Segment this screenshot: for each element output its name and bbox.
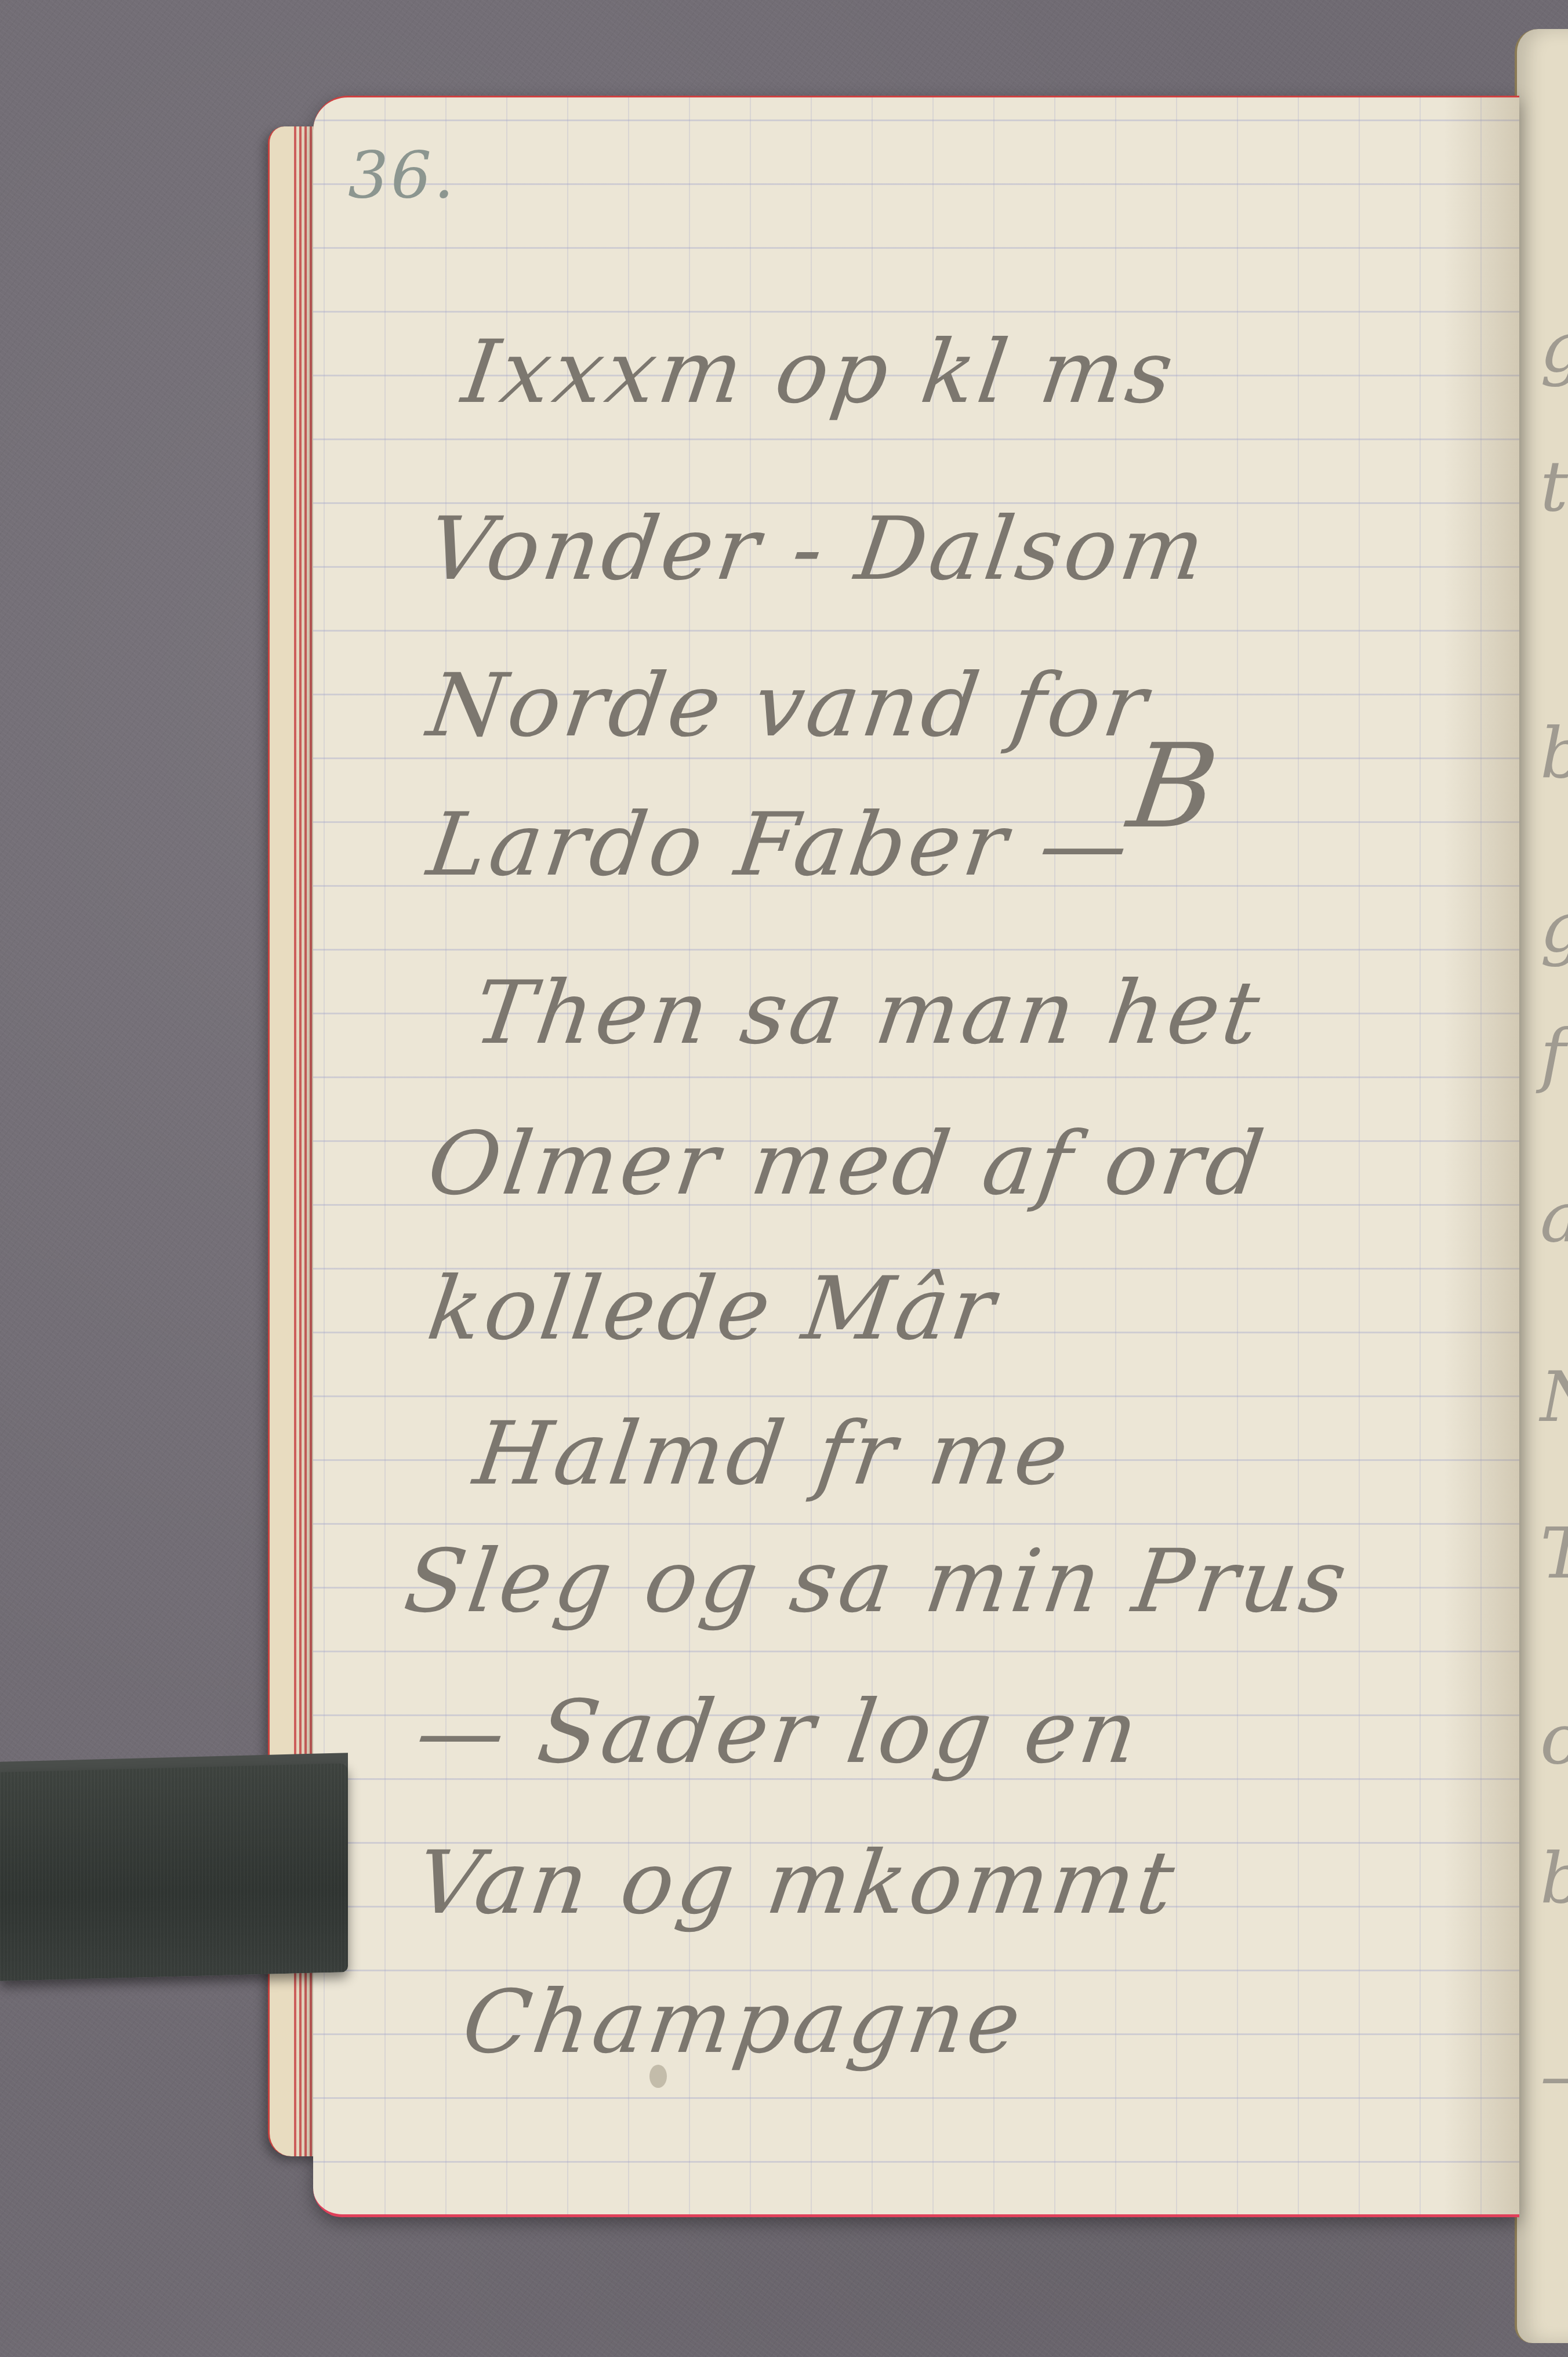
- gutter-shadow: [1444, 97, 1519, 2214]
- facing-page-text-fragment: fr: [1540, 1015, 1568, 1096]
- facing-page-text-fragment: of: [1540, 1699, 1568, 1780]
- manuscript-line-6: Olmer med af ord: [422, 1114, 1273, 1214]
- facing-page-text-fragment: —: [1540, 2036, 1568, 2116]
- facing-page-text-fragment: bm: [1540, 1839, 1568, 1919]
- manuscript-line-11: Van og mkommt: [411, 1833, 1184, 1934]
- manuscript-line-4: Lardo Faber —: [422, 795, 1138, 895]
- facing-page-text-fragment: te: [1540, 447, 1568, 527]
- manuscript-line-5: Then sa man het: [469, 963, 1269, 1064]
- manuscript-line-8: Halmd fr me: [469, 1404, 1078, 1504]
- black-page-weight: [0, 1763, 348, 1981]
- facing-page-text-fragment: af: [1540, 1177, 1568, 1258]
- manuscript-line-7: kollede Mâr: [422, 1259, 1004, 1359]
- facing-page-text-fragment: Th: [1540, 1514, 1568, 1594]
- manuscript-line-3: Norde vand for: [422, 655, 1156, 756]
- manuscript-line-1: Ixxxm op kl ms: [457, 322, 1182, 423]
- margin-mark: B: [1121, 719, 1229, 854]
- ink-smudge: [649, 2065, 667, 2088]
- facing-page-text-fragment: Ne: [1540, 1357, 1568, 1438]
- page-number: 36.: [348, 138, 456, 212]
- manuscript-line-2: Vonder - Dalsom: [422, 499, 1214, 600]
- facing-page-text-fragment: b: [1540, 713, 1568, 794]
- manuscript-line-9: Sleg og sa min Prus: [399, 1531, 1356, 1632]
- facing-page-text-fragment: g: [1540, 887, 1568, 968]
- facing-page-edge: g te b g fr af Ne Th of bm —: [1515, 29, 1568, 2343]
- facing-page-text-fragment: g: [1540, 307, 1568, 388]
- manuscript-line-10: — Sader log en: [411, 1682, 1147, 1783]
- manuscript-line-12: Champagne: [457, 1972, 1030, 2073]
